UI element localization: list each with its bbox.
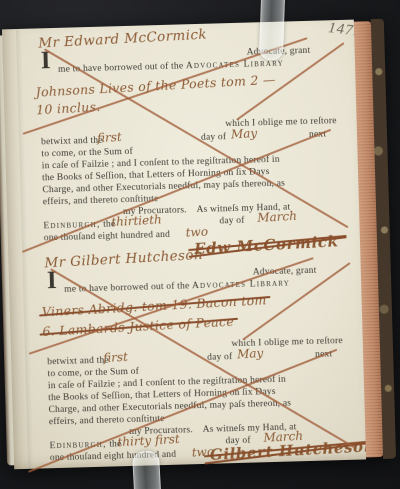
borrowed-book-line-2: 10 inclus.	[36, 99, 101, 117]
return-day-handwritten: first	[103, 350, 128, 365]
register-page: 147. Mr Edward McCormick Advocate, grant…	[2, 20, 366, 470]
return-month-handwritten: May	[231, 126, 258, 141]
betwixt-label: betwixt and the	[41, 136, 103, 148]
edinburgh-label: Edinburgh,	[43, 220, 100, 232]
borrow-entry-2: Mr Gilbert Hutcheson Advocate, grant I m…	[8, 248, 366, 482]
sum-line: to come, or the Sum of	[41, 147, 133, 160]
return-month-handwritten: May	[237, 346, 264, 361]
borrowed-book-line-1: Johnsons Lives of the Poets tom 2 —	[35, 72, 276, 100]
page-holder-strip-top	[259, 0, 285, 60]
betwixt-label: betwixt and the	[47, 356, 109, 368]
signed-day-handwritten: thirtieth	[111, 212, 162, 229]
photo-frame: 147. Mr Edward McCormick Advocate, grant…	[0, 0, 400, 489]
edinburgh-label: Edinburgh,	[49, 440, 106, 452]
signed-year-handwritten: two	[185, 224, 208, 239]
signed-day-handwritten: thirty first	[117, 432, 180, 449]
borrow-entry-1: Mr Edward McCormick Advocate, grant I me…	[2, 28, 360, 262]
signed-month-handwritten: March	[257, 209, 297, 225]
day-of-label: day of	[219, 216, 244, 227]
book-page-stack: 147. Mr Edward McCormick Advocate, grant…	[2, 19, 396, 469]
page-holder-strip-bottom	[132, 450, 161, 489]
return-day-handwritten: first	[97, 130, 122, 145]
sum-line: to come, or the Sum of	[47, 367, 139, 380]
borrower-name: Mr Edward McCormick	[38, 26, 207, 51]
